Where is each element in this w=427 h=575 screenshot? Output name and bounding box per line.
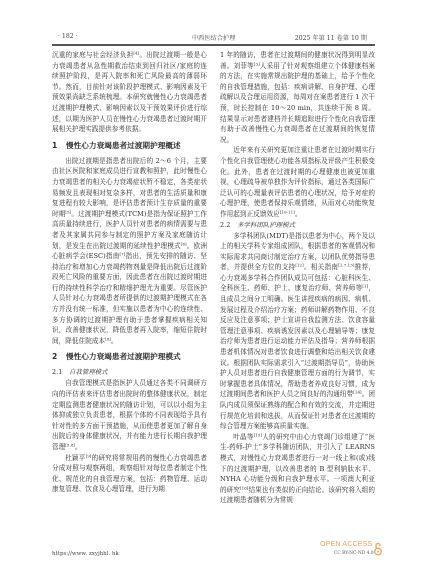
citation[interactable]: [5,8] [65,443,75,448]
text: 出院过渡期是指患者出院后的 2～6 个月，主要由社区医院和家庭成员进行宣教和照护… [52,157,207,218]
subsection-number: 2.1 [52,367,69,378]
journal-name: 中西医结合护理 [192,33,235,42]
text: 杜颖平 [65,454,85,462]
paragraph: 出院过渡期是指患者出院后的 2～6 个月，主要由社区医院和家庭成员进行宣教和照护… [52,156,207,347]
citation[interactable]: [14] [353,390,361,395]
text: 。出院过渡期一般是心力衰竭患者从急性期救治结束到回归社区/家庭的连续照护阶段，是… [52,51,207,133]
open-access-badge: OPEN ACCESS CC BY-NC-ND 4.0 [320,541,380,561]
section-heading-1: 1慢性心力衰竭患者过渡期护理概述 [52,140,207,152]
section-title: 慢性心力衰竭患者过渡期护理概述 [66,141,181,150]
section-heading-2: 2慢性心力衰竭患者过渡期护理模式 [52,351,207,363]
text: 沉重的家庭与社会经济负担 [52,51,133,59]
citation[interactable]: [1,7,13] [338,263,354,268]
paragraph: 叶晶等[15]人的研究中由心力衰竭门诊组建了“医生-药师-护士”多学科随访团队，… [220,432,375,506]
section-number: 2 [52,351,66,363]
subsection-heading-2-1: 2.1自我管理模式 [52,367,207,378]
text: 自我管理模式是指医护人员通过各类不同调研方向的评估表来评估患者出院时的整体健康状… [52,379,207,451]
paragraph: 近年来有关研究更加注重让患者在过渡时期实行个性化自我管理使心功能各项指标及评级产… [220,145,375,219]
text: 人采用了针对观察组建立个体健康档案的方法，在实施常规出院护理的基础上，给予个性化… [220,62,375,144]
subsection-number: 2.2 [220,220,237,231]
running-header: · 182 · 中西医结合护理 2025 年第 11 卷第 10 期 [52,33,375,44]
citation[interactable]: [10-11] [280,209,295,214]
subsection-heading-2-2: 2.2多学科团队护理模式 [220,220,375,231]
text: 近年来有关研究更加注重让患者在过渡时期实行个性化自我管理使心功能各项指标及评级产… [220,146,375,218]
citation[interactable]: [12] [295,263,303,268]
subsection-title: 多学科团队护理模式 [237,221,295,229]
text: 。相关指南 [304,263,338,271]
header-rule [52,44,375,46]
right-column: 1 年的随访，患者在过渡期间的健康状况得到明显改善。刘菲等[3]人采用了针对观察… [220,50,375,506]
section-number: 1 [52,140,66,152]
license-label: CC BY-NC-ND 4.0 [334,551,374,556]
text: 指出，预先安排的随访、坚持治疗和增加心力衰竭药物剂量是降低出院后过渡阶段死亡风险… [52,252,207,345]
paragraph: 杜颖平[9]的研究将常规用药的慢性心力衰竭患者分成对照与观察两组，观察组针对每位… [52,453,207,495]
open-lock-icon [374,542,382,556]
text: 。 [111,337,118,345]
page-number: · 182 · [58,33,78,40]
open-access-label: OPEN ACCESS [320,541,372,548]
paragraph: 自我管理模式是指医护人员通过各类不同调研方向的评估表来评估患者出院时的整体健康状… [52,378,207,452]
paragraph: 多学科团队(MDT)是指以患者为中心，两个及以上的相关学科专家组成团队，根据患者… [220,231,375,432]
journal-url[interactable]: https://www. zxyjhhl. hk [52,551,119,557]
paragraph: 1 年的随访，患者在过渡期间的健康状况得到明显改善。刘菲等[3]人采用了针对观察… [220,50,375,145]
section-title: 慢性心力衰竭患者过渡期护理模式 [66,352,181,361]
issue-info: 2025 年第 11 卷第 10 期 [295,33,367,42]
text: 叶晶等 [233,433,254,441]
text: 。 [75,443,82,451]
text: ，且成员之间分工明确。医生讲授疾病的病因、病机、发展过程及介绍治疗方案；药师讲解… [220,284,375,398]
paragraph: 沉重的家庭与社会经济负担[4]。出院过渡期一般是心力衰竭患者从急性期救治结束到回… [52,50,207,135]
subsection-title: 自我管理模式 [69,368,108,376]
left-column: 沉重的家庭与社会经济负担[4]。出院过渡期一般是心力衰竭患者从急性期救治结束到回… [52,50,207,495]
text: 。 [295,210,302,218]
citation[interactable]: [15] [254,432,262,437]
